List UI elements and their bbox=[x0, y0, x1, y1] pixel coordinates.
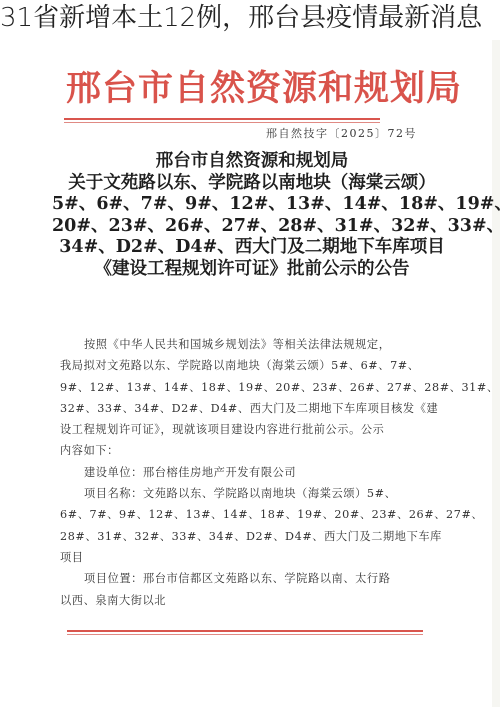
body-line: 设工程规划许可证》，现就该项目建设内容进行批前公示。公示 bbox=[60, 419, 440, 440]
scan-edge bbox=[492, 40, 500, 707]
title-line: 《建设工程规划许可证》批前公示的公告 bbox=[52, 259, 452, 281]
project-location: 项目位置：邢台市信都区文苑路以东、学院路以南、太行路 bbox=[60, 568, 440, 589]
letterhead-divider bbox=[64, 118, 380, 120]
document-number: 邢自然技字〔2025〕72号 bbox=[266, 125, 426, 141]
body-line: 以西、泉南大街以北 bbox=[60, 590, 440, 611]
page-headline: 31省新增本土12例，邢台县疫情最新消息 bbox=[0, 0, 500, 40]
body-line: 项目 bbox=[60, 547, 440, 568]
footer-divider bbox=[67, 630, 423, 632]
title-line: 5#、6#、7#、9#、12#、13#、14#、18#、19#、 bbox=[52, 194, 452, 216]
body-line: 28#、31#、32#、33#、34#、D2#、D4#、西大门及二期地下车库 bbox=[60, 526, 440, 547]
body-line: 按照《中华人民共和国城乡规划法》等相关法律法规规定， bbox=[60, 334, 440, 355]
body-line: 9#、12#、13#、14#、18#、19#、20#、23#、26#、27#、2… bbox=[60, 377, 440, 398]
scanned-document: 邢台市自然资源和规划局 邢自然技字〔2025〕72号 邢台市自然资源和规划局 关… bbox=[0, 48, 492, 707]
body-line: 6#、7#、9#、12#、13#、14#、18#、19#、20#、23#、26#… bbox=[60, 504, 440, 525]
body-line: 我局拟对文苑路以东、学院路以南地块（海棠云颂）5#、6#、7#、 bbox=[60, 355, 440, 376]
title-line: 20#、23#、26#、27#、28#、31#、32#、33#、 bbox=[52, 216, 452, 238]
title-line: 34#、D2#、D4#、西大门及二期地下车库项目 bbox=[52, 237, 452, 259]
notice-body: 按照《中华人民共和国城乡规划法》等相关法律法规规定， 我局拟对文苑路以东、学院路… bbox=[60, 334, 440, 611]
project-name: 项目名称：文苑路以东、学院路以南地块（海棠云颂）5#、 bbox=[60, 483, 440, 504]
notice-title: 邢台市自然资源和规划局 关于文苑路以东、学院路以南地块（海棠云颂） 5#、6#、… bbox=[52, 151, 452, 280]
footer-divider-thin bbox=[67, 634, 423, 635]
body-line: 32#、33#、34#、D2#、D4#、西大门及二期地下车库项目核发《建 bbox=[60, 398, 440, 419]
letterhead-divider-thin bbox=[64, 122, 380, 123]
title-line: 关于文苑路以东、学院路以南地块（海棠云颂） bbox=[52, 173, 452, 195]
construction-unit: 建设单位：邢台榕佳房地产开发有限公司 bbox=[60, 462, 440, 483]
body-line: 内容如下： bbox=[60, 440, 440, 461]
title-line: 邢台市自然资源和规划局 bbox=[52, 151, 452, 173]
agency-letterhead: 邢台市自然资源和规划局 bbox=[66, 64, 386, 114]
